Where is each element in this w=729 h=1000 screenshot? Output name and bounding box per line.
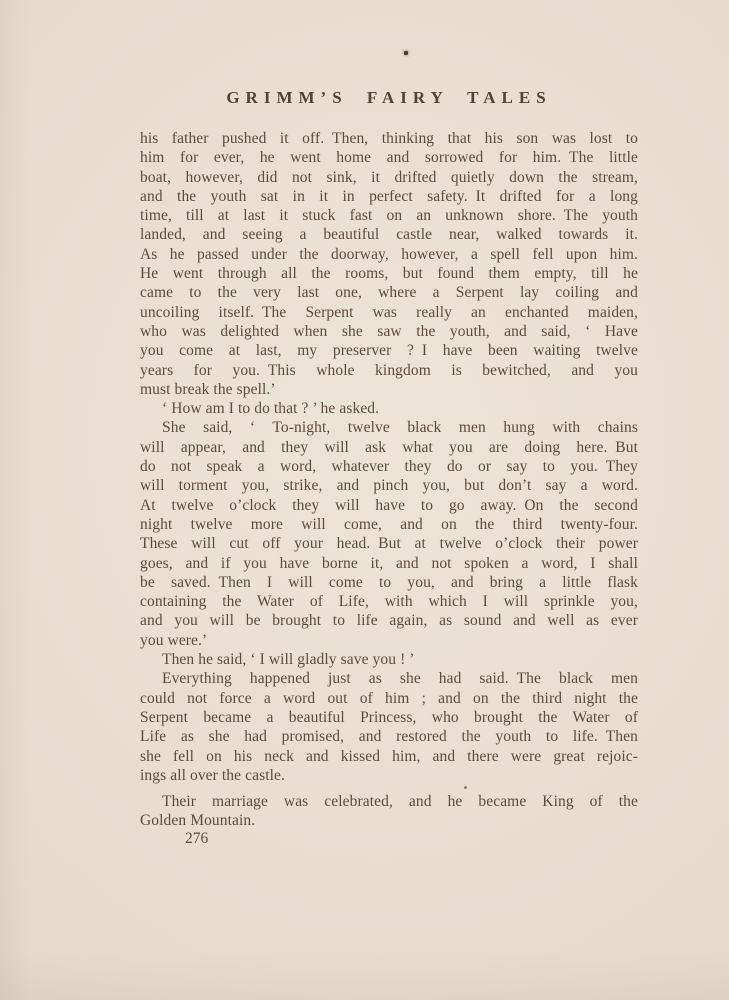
text-line: night twelve more will come, and on the … <box>140 515 638 534</box>
paragraph: ‘ How am I to do that ? ’ he asked. <box>140 399 638 418</box>
paragraph: She said, ‘ To-night, twelve black men h… <box>140 418 638 650</box>
paragraph: Then he said, ‘ I will gladly save you !… <box>140 650 638 669</box>
paper-speck <box>404 51 408 55</box>
text-line: and the youth sat in it in perfect safet… <box>140 187 638 206</box>
text-line: do not speak a word, whatever they do or… <box>140 457 638 476</box>
text-line: you come at last, my preserver ? I have … <box>140 341 638 360</box>
paragraph: Everything happened just as she had said… <box>140 669 638 785</box>
text-line: Their marriage was celebrated, and he be… <box>140 792 638 811</box>
book-page: GRIMM’S FAIRY TALES his father pushed it… <box>0 0 729 1000</box>
text-line: who was delighted when she saw the youth… <box>140 322 638 341</box>
text-line: Golden Mountain. <box>140 811 638 830</box>
text-line: him for ever, he went home and sorrowed … <box>140 148 638 167</box>
page-number: 276 <box>185 829 208 848</box>
text-line: time, till at last it stuck fast on an u… <box>140 206 638 225</box>
text-line: Then he said, ‘ I will gladly save you !… <box>140 650 638 669</box>
text-line: be saved. Then I will come to you, and b… <box>140 573 638 592</box>
text-line: He went through all the rooms, but found… <box>140 264 638 283</box>
text-line: his father pushed it off. Then, thinking… <box>140 129 638 148</box>
text-line: years for you. This whole kingdom is bew… <box>140 361 638 380</box>
text-line: will torment you, strike, and pinch you,… <box>140 476 638 495</box>
text-line: She said, ‘ To-night, twelve black men h… <box>140 418 638 437</box>
text-line: landed, and seeing a beautiful castle ne… <box>140 225 638 244</box>
text-line: ings all over the castle. <box>140 766 638 785</box>
text-line: will appear, and they will ask what you … <box>140 438 638 457</box>
running-header: GRIMM’S FAIRY TALES <box>140 88 638 108</box>
text-line: came to the very last one, where a Serpe… <box>140 283 638 302</box>
text-line: you were.’ <box>140 631 638 650</box>
text-line: uncoiling itself. The Serpent was really… <box>140 303 638 322</box>
paragraph: Their marriage was celebrated, and he be… <box>140 792 638 831</box>
text-line: she fell on his neck and kissed him, and… <box>140 747 638 766</box>
text-line: As he passed under the doorway, however,… <box>140 245 638 264</box>
text-line: Life as she had promised, and restored t… <box>140 727 638 746</box>
text-line: boat, however, did not sink, it drifted … <box>140 168 638 187</box>
text-line: must break the spell.’ <box>140 380 638 399</box>
text-line: ‘ How am I to do that ? ’ he asked. <box>140 399 638 418</box>
text-line: These will cut off your head. But at twe… <box>140 534 638 553</box>
text-line: and you will be brought to life again, a… <box>140 611 638 630</box>
page-text: his father pushed it off. Then, thinking… <box>140 129 638 831</box>
text-line: goes, and if you have borne it, and not … <box>140 554 638 573</box>
text-line: At twelve o’clock they will have to go a… <box>140 496 638 515</box>
text-line: could not force a word out of him ; and … <box>140 689 638 708</box>
text-line: Serpent became a beautiful Princess, who… <box>140 708 638 727</box>
text-line: containing the Water of Life, with which… <box>140 592 638 611</box>
text-line: Everything happened just as she had said… <box>140 669 638 688</box>
paragraph: his father pushed it off. Then, thinking… <box>140 129 638 399</box>
